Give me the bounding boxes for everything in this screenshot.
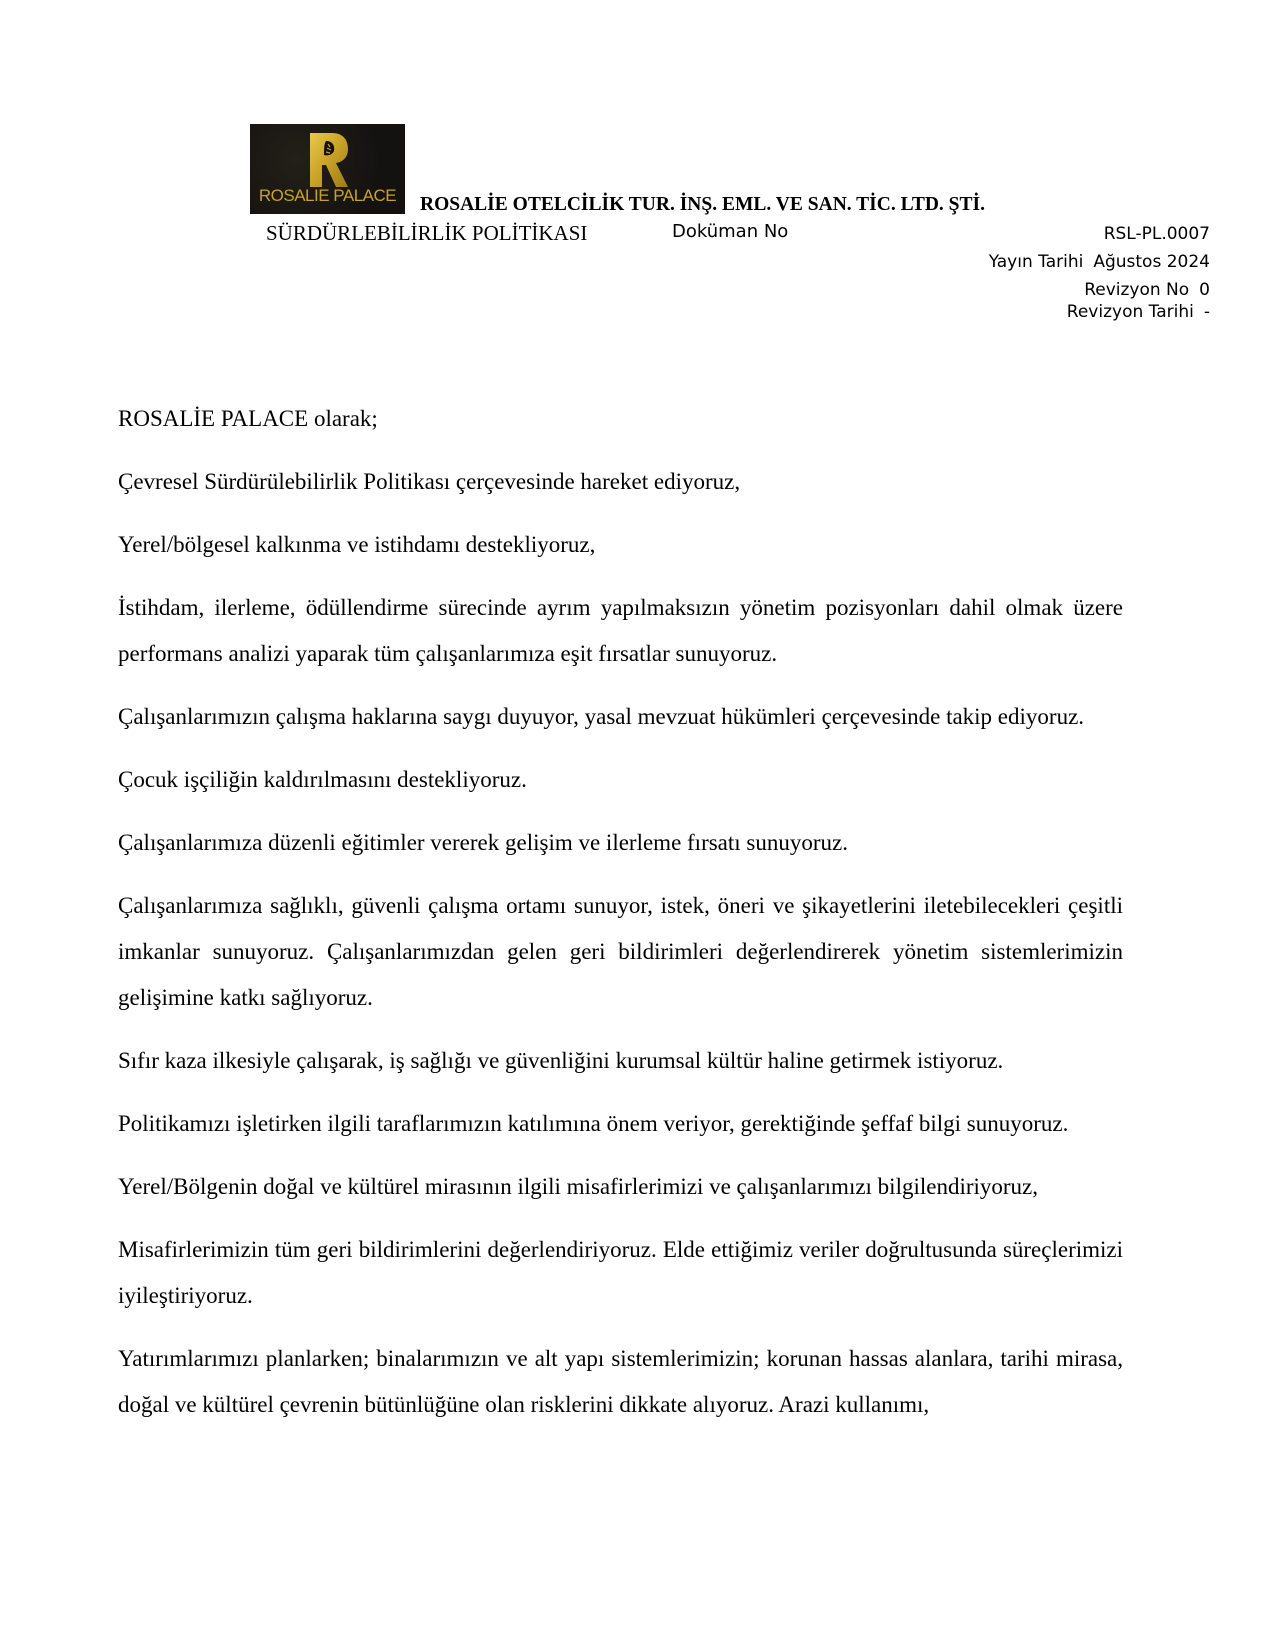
revision-date-value: - — [1204, 302, 1210, 322]
revision-date-label: Revizyon Tarihi — [1067, 302, 1194, 322]
doc-no-label: Doküman No — [672, 221, 788, 242]
revision-no-value: 0 — [1199, 280, 1210, 300]
doc-no-value: RSL-PL.0007 — [1104, 224, 1210, 244]
rosalie-monogram-icon — [306, 131, 350, 189]
paragraph: Yatırımlarımızı planlarken; binalarımızı… — [118, 1336, 1123, 1428]
paragraph: Çevresel Sürdürülebilirlik Politikası çe… — [118, 459, 1123, 505]
paragraph: ROSALİE PALACE olarak; — [118, 396, 1123, 442]
company-name: ROSALİE OTELCİLİK TUR. İNŞ. EML. VE SAN.… — [420, 194, 985, 216]
company-logo: ROSALIE PALACE — [250, 124, 405, 214]
paragraph: Çocuk işçiliğin kaldırılmasını destekliy… — [118, 757, 1123, 803]
document-title: SÜRDÜRLEBİLİRLİK POLİTİKASI — [266, 221, 587, 246]
paragraph: İstihdam, ilerleme, ödüllendirme sürecin… — [118, 585, 1123, 677]
paragraph: Yerel/Bölgenin doğal ve kültürel mirasın… — [118, 1164, 1123, 1210]
paragraph: Çalışanlarımıza düzenli eğitimler verere… — [118, 820, 1123, 866]
revision-date-row: Revizyon Tarihi- — [1067, 302, 1210, 322]
paragraph: Misafirlerimizin tüm geri bildirimlerini… — [118, 1227, 1123, 1319]
revision-no-label: Revizyon No — [1084, 280, 1189, 300]
revision-no-row: Revizyon No0 — [1084, 280, 1210, 300]
paragraph: Sıfır kaza ilkesiyle çalışarak, iş sağlı… — [118, 1038, 1123, 1084]
publish-date-label: Yayın Tarihi — [989, 252, 1084, 272]
policy-body: ROSALİE PALACE olarak; Çevresel Sürdürül… — [118, 396, 1123, 1445]
paragraph: Yerel/bölgesel kalkınma ve istihdamı des… — [118, 522, 1123, 568]
publish-date-row: Yayın TarihiAğustos 2024 — [989, 252, 1210, 272]
paragraph: Politikamızı işletirken ilgili tarafları… — [118, 1101, 1123, 1147]
paragraph: Çalışanlarımızın çalışma haklarına saygı… — [118, 694, 1123, 740]
paragraph: Çalışanlarımıza sağlıklı, güvenli çalışm… — [118, 883, 1123, 1021]
publish-date-value: Ağustos 2024 — [1093, 252, 1210, 272]
logo-wordmark: ROSALIE PALACE — [250, 186, 405, 206]
